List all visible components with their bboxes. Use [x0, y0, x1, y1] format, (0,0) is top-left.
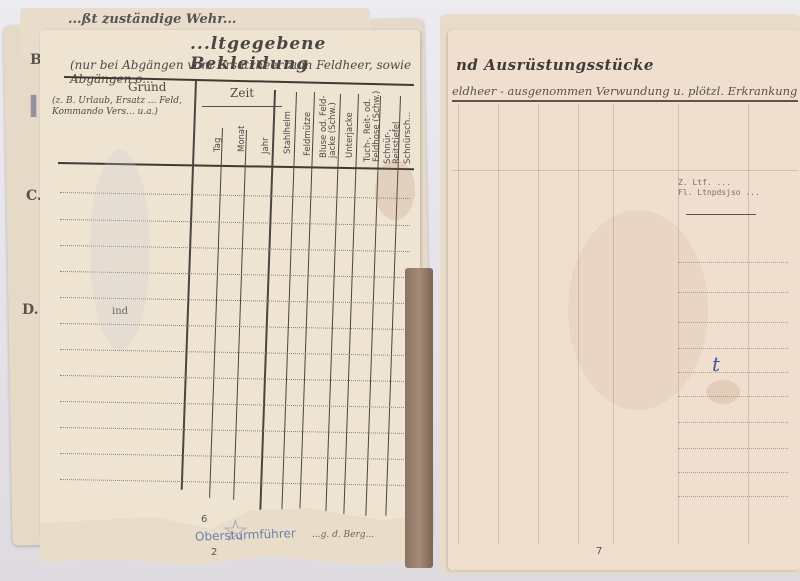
col-schnuerschuhe: Schnürsch...: [404, 116, 413, 164]
wear-mark: [90, 150, 150, 350]
right-page-subtitle: eldheer - ausgenommen Verwundung u. plöt…: [452, 84, 800, 98]
stain: [568, 210, 708, 410]
right-header-rule: [452, 100, 798, 102]
right-page-title: nd Ausrüstungsstücke: [456, 56, 654, 74]
dotted-row: [678, 472, 788, 473]
mirrored-stamp-text: Z. Ltf. ... Fl. Ltnpdsjso ...: [678, 178, 760, 197]
back-page-header: ...ßt zuständige Wehr...: [68, 12, 236, 27]
stain: [706, 380, 740, 404]
left-page-number: 6: [201, 514, 207, 525]
dotted-row: [678, 422, 788, 423]
table-row: [60, 375, 410, 382]
stain: [375, 160, 415, 220]
mirrored-stamp-imprint: Z. Ltf. ... Fl. Ltnpdsjso ...: [678, 178, 760, 198]
table-row: [60, 479, 410, 486]
left-page: ...ltgegebene Bekleidung (nur bei Abgäng…: [40, 30, 420, 540]
col-stahlhelm: Stahlhelm: [284, 106, 293, 154]
col-bluse: Bluse od. Feld- jacke (Schw.): [320, 108, 338, 158]
zeit-column-title: Zeit: [230, 86, 254, 100]
dotted-row: [678, 372, 788, 373]
signature-line: [686, 214, 756, 215]
grund-column-title: Grund: [128, 80, 166, 94]
zeit-rule: [202, 106, 282, 107]
table-row: [60, 349, 410, 356]
book-spine: [405, 268, 433, 568]
handwritten-mark: t: [712, 352, 720, 376]
right-page-number: 7: [596, 546, 602, 557]
grund-column-description: (z. B. Urlaub, Ersatz ... Feld, Kommando…: [52, 96, 192, 118]
dotted-row: [678, 496, 788, 497]
grid-line: [233, 130, 247, 500]
table-row: [60, 401, 410, 408]
col-unterjacke: Unterjacke: [346, 110, 355, 158]
grid-line: [452, 170, 798, 171]
stamp-fragment: ...g. d. Berg...: [312, 530, 374, 540]
right-page: nd Ausrüstungsstücke eldheer - ausgenomm…: [448, 30, 800, 570]
dotted-row: [678, 448, 788, 449]
back-page-number: 2: [211, 547, 217, 558]
margin-letter-d: D.: [22, 302, 39, 318]
col-jahr: Jahr: [262, 114, 271, 154]
grid-line: [209, 128, 223, 498]
